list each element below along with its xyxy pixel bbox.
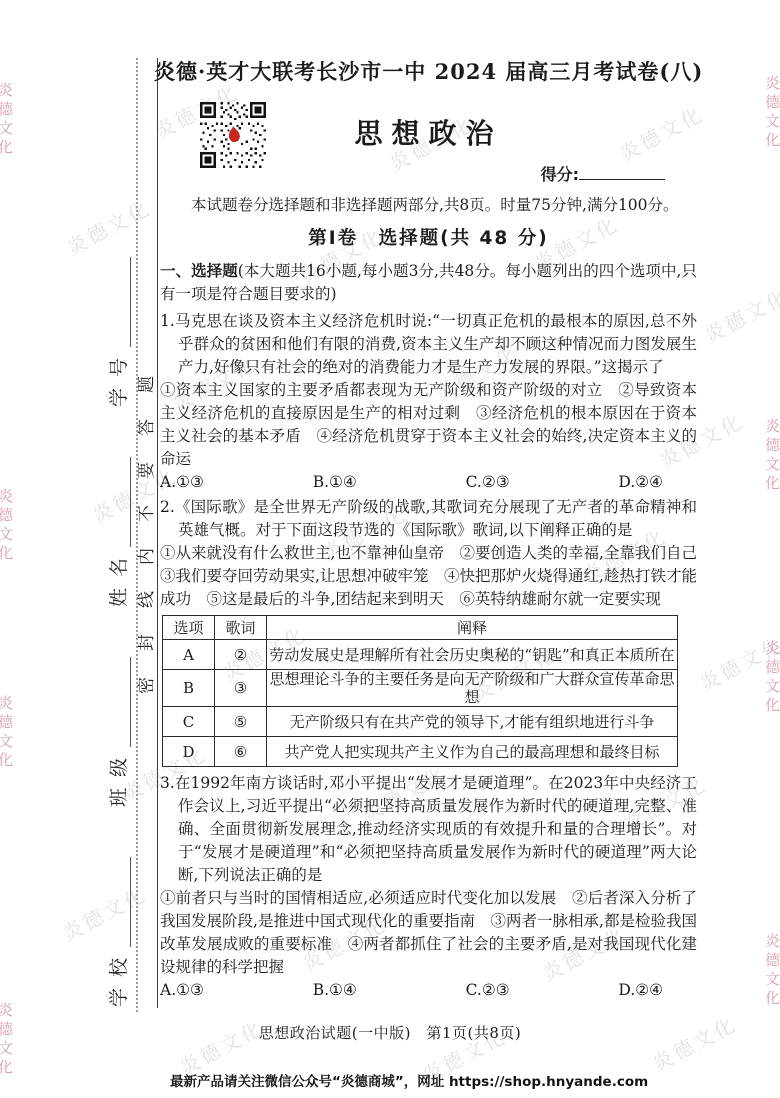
subject-title: 思想政治 [160,112,697,152]
option-a: A.①③ [160,979,204,1002]
score-field: 得分: [541,162,665,185]
table-cell: B [163,670,215,707]
promo-footer: 最新产品请关注微信公众号“炎德商城”，网址 https://shop.hnyan… [170,1070,648,1090]
exam-content: 炎德·英才大联考长沙市一中 2024 届高三月考试卷(八) 思想政治 得分: 本… [160,56,697,1004]
question-number: 3. [160,774,175,792]
table-cell: ⑥ [215,737,267,767]
question-stem: 在1992年南方谈话时,邓小平提出“发展才是硬道理”。在2023年中央经济工作会… [175,774,697,884]
question-number: 2. [160,498,175,516]
edge-watermark-text: 炎德文化 [0,695,16,771]
table-row: A②劳动发展史是理解所有社会历史奥秘的“钥匙”和真正本质所在 [163,640,678,670]
watermark-text: 炎德文化 [647,1008,742,1077]
exam-paper-page: { "page": { "header_title": "炎德·英才大联考长沙市… [0,0,780,1098]
field-school: 学校 [104,857,131,1007]
option-a: A.①③ [160,471,204,494]
question-items: ①前者只与当时的国情相适应,必须适应时代变化加以发展 ②后者深入分析了我国发展阶… [160,887,697,979]
edge-watermark-text: 炎德文化 [762,640,780,716]
option-d: D.②④ [618,471,663,494]
table-cell: D [163,737,215,767]
column-header: 歌词 [215,616,267,640]
edge-watermark-text: 炎德文化 [0,488,16,564]
question-3: 3.在1992年南方谈话时,邓小平提出“发展才是硬道理”。在2023年中央经济工… [160,772,697,1002]
question-1: 1.马克思在谈及资本主义经济危机时说:“一切真正危机的最根本的原因,总不外乎群众… [160,310,697,494]
table-header-row: 选项 歌词 阐释 [163,616,678,640]
table-row: B③思想理论斗争的主要任务是向无产阶级和广大群众宣传革命思想 [163,670,678,707]
part-heading: 一、选择题(本大题共16小题,每小题3分,共48分。每小题列出的四个选项中,只有… [160,260,697,306]
edge-watermark-text: 炎德文化 [0,82,16,158]
field-label: 学号 [104,347,131,407]
page-footer: 思想政治试题(一中版) 第1页(共8页) [160,1022,620,1043]
question-2: 2.《国际歌》是全世界无产阶级的战歌,其歌词充分展现了无产者的革命精神和英雄气概… [160,496,697,767]
seal-line-text: 密封线内不要答题 [131,364,163,694]
field-blank-line [115,457,131,547]
option-b: B.①④ [313,979,357,1002]
table-cell: ② [215,640,267,670]
edge-watermark-text: 炎德文化 [762,933,780,1009]
question-items: ①资本主义国家的主要矛盾都表现为无产阶级和资产阶级的对立 ②导致资本主义经济危机… [160,379,697,471]
options-row: A.①③ B.①④ C.②③ D.②④ [160,979,697,1002]
table-cell: C [163,707,215,737]
exam-title: 炎德·英才大联考长沙市一中 2024 届高三月考试卷(八) [154,56,697,86]
field-class: 班级 [104,657,131,807]
table-cell: 劳动发展史是理解所有社会历史奥秘的“钥匙”和真正本质所在 [267,640,678,670]
table-row: C⑤无产阶级只有在共产党的领导下,才能有组织地进行斗争 [163,707,678,737]
question-stem: 《国际歌》是全世界无产阶级的战歌,其歌词充分展现了无产者的革命精神和英雄气概。对… [175,498,697,539]
column-header: 阐释 [267,616,678,640]
table-cell: A [163,640,215,670]
header-row: 思想政治 得分: [160,98,697,190]
exam-instructions: 本试题卷分选择题和非选择题两部分,共8页。时量75分钟,满分100分。 [160,194,697,216]
score-label: 得分: [541,165,579,184]
field-label: 班级 [104,747,131,807]
section-title: 第Ⅰ卷 选择题(共 48 分) [160,224,697,250]
field-blank-line [115,657,131,747]
option-c: C.②③ [466,471,510,494]
field-label: 学校 [104,947,131,1007]
field-name: 姓名 [104,457,131,607]
question-number: 1. [160,312,175,330]
edge-watermark-text: 炎德文化 [0,1002,16,1078]
table-cell: ③ [215,670,267,707]
table-cell: ⑤ [215,707,267,737]
question-items: ①从来就没有什么救世主,也不靠神仙皇帝 ②要创造人类的幸福,全靠我们自己 ③我们… [160,542,697,611]
field-blank-line [115,257,131,347]
option-d: D.②④ [618,979,663,1002]
part-heading-note: (本大题共16小题,每小题3分,共48分。每小题列出的四个选项中,只有一项是符合… [160,262,697,303]
lyrics-table: 选项 歌词 阐释 A②劳动发展史是理解所有社会历史奥秘的“钥匙”和真正本质所在B… [162,615,678,767]
question-stem: 马克思在谈及资本主义经济危机时说:“一切真正危机的最根本的原因,总不外乎群众的贫… [175,312,697,376]
edge-watermark-text: 炎德文化 [762,418,780,494]
table-row: D⑥共产党人把实现共产主义作为自己的最高理想和最终目标 [163,737,678,767]
table-cell: 无产阶级只有在共产党的领导下,才能有组织地进行斗争 [267,707,678,737]
field-blank-line [115,857,131,947]
watermark-text: 炎德文化 [699,280,780,349]
column-header: 选项 [163,616,215,640]
table-cell: 共产党人把实现共产主义作为自己的最高理想和最终目标 [267,737,678,767]
field-label: 姓名 [104,547,131,607]
table-cell: 思想理论斗争的主要任务是向无产阶级和广大群众宣传革命思想 [267,670,678,707]
part-heading-label: 一、选择题 [160,262,238,280]
option-c: C.②③ [466,979,510,1002]
option-b: B.①④ [313,471,357,494]
options-row: A.①③ B.①④ C.②③ D.②④ [160,471,697,494]
field-student-id: 学号 [104,257,131,407]
score-blank-line [579,164,665,180]
watermark-text: 炎德文化 [694,628,780,697]
edge-watermark-text: 炎德文化 [762,75,780,151]
